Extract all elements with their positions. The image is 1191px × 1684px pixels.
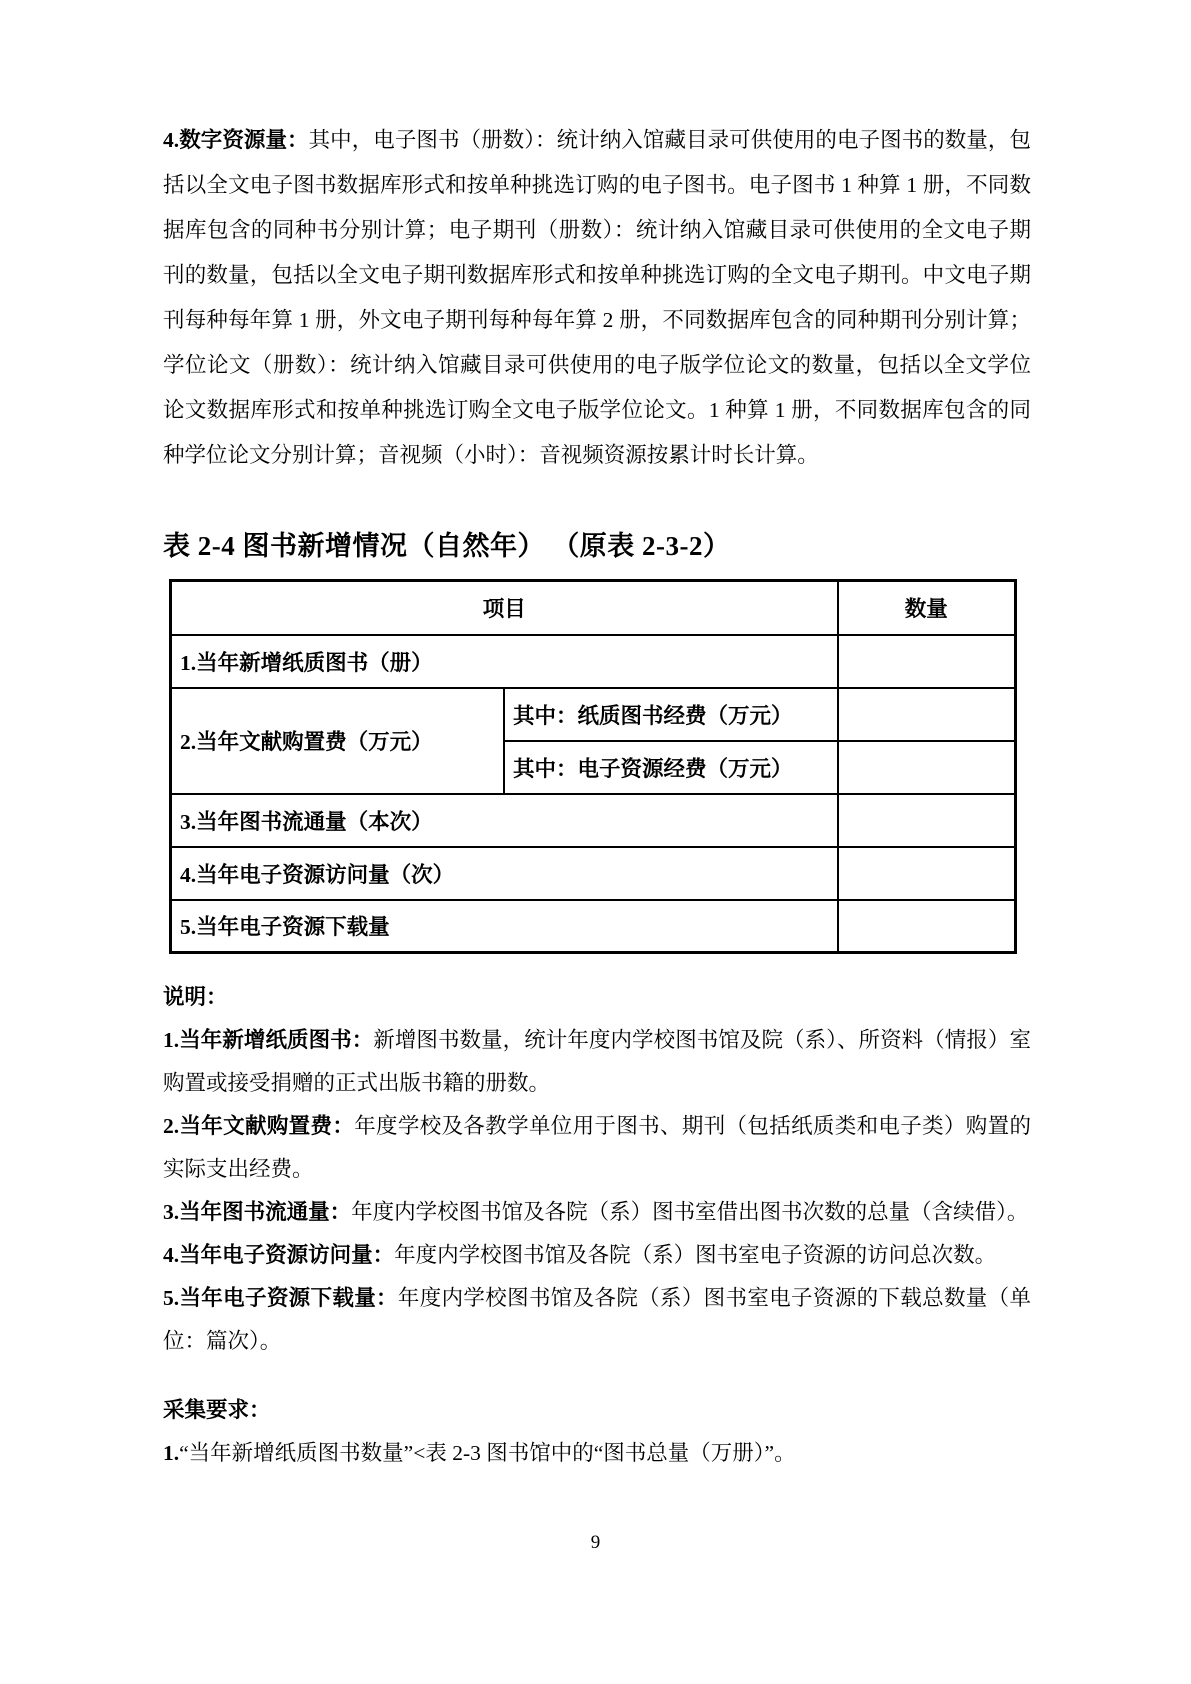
row4-quantity-cell: [838, 847, 1016, 900]
note-3-term: 3.当年图书流通量：: [163, 1200, 351, 1224]
digital-resources-lead: 4.数字资源量：: [163, 128, 309, 152]
digital-resources-paragraph: 4.数字资源量：其中，电子图书（册数）：统计纳入馆藏目录可供使用的电子图书的数量…: [163, 118, 1031, 478]
table-row: 2.当年文献购置费（万元） 其中：纸质图书经费（万元）: [171, 688, 1016, 741]
document-page: 4.数字资源量：其中，电子图书（册数）：统计纳入馆藏目录可供使用的电子图书的数量…: [163, 118, 1031, 1475]
note-item-1: 1.当年新增纸质图书：新增图书数量，统计年度内学校图书馆及院（系）、所资料（情报…: [163, 1019, 1031, 1105]
note-2-term: 2.当年文献购置费：: [163, 1114, 354, 1138]
row1-quantity-cell: [838, 635, 1016, 688]
note-4-term: 4.当年电子资源访问量：: [163, 1243, 394, 1267]
row3-quantity-cell: [838, 794, 1016, 847]
row2-sub2-quantity-cell: [838, 741, 1016, 794]
note-item-4: 4.当年电子资源访问量：年度内学校图书馆及各院（系）图书室电子资源的访问总次数。: [163, 1234, 1031, 1277]
row4-label: 4.当年电子资源访问量（次）: [171, 847, 838, 900]
collection-requirements-heading: 采集要求：: [163, 1389, 1031, 1432]
table-2-4-title: 表 2-4 图书新增情况（自然年） （原表 2-3-2）: [163, 524, 1031, 563]
digital-resources-text: 其中，电子图书（册数）：统计纳入馆藏目录可供使用的电子图书的数量，包括以全文电子…: [163, 128, 1031, 467]
header-cell-quantity: 数量: [838, 581, 1016, 635]
table-row: 5.当年电子资源下载量: [171, 900, 1016, 953]
requirement-1-text: “当年新增纸质图书数量”<表 2-3 图书馆中的“图书总量（万册）”。: [179, 1441, 795, 1465]
row3-label: 3.当年图书流通量（本次）: [171, 794, 838, 847]
row2-sub2-label: 其中：电子资源经费（万元）: [504, 741, 838, 794]
table-row: 4.当年电子资源访问量（次）: [171, 847, 1016, 900]
collection-requirements-section: 采集要求： 1.“当年新增纸质图书数量”<表 2-3 图书馆中的“图书总量（万册…: [163, 1389, 1031, 1475]
row1-label: 1.当年新增纸质图书（册）: [171, 635, 838, 688]
table-header-row: 项目 数量: [171, 581, 1016, 635]
row2-sub1-quantity-cell: [838, 688, 1016, 741]
header-cell-item: 项目: [171, 581, 838, 635]
note-3-text: 年度内学校图书馆及各院（系）图书室借出图书次数的总量（含续借）。: [351, 1200, 1028, 1224]
note-1-term: 1.当年新增纸质图书：: [163, 1028, 373, 1052]
table-row: 1.当年新增纸质图书（册）: [171, 635, 1016, 688]
row2-label: 2.当年文献购置费（万元）: [171, 688, 505, 794]
note-item-2: 2.当年文献购置费：年度学校及各教学单位用于图书、期刊（包括纸质类和电子类）购置…: [163, 1105, 1031, 1191]
note-4-text: 年度内学校图书馆及各院（系）图书室电子资源的访问总次数。: [394, 1243, 996, 1267]
requirement-item-1: 1.“当年新增纸质图书数量”<表 2-3 图书馆中的“图书总量（万册）”。: [163, 1432, 1031, 1475]
row5-label: 5.当年电子资源下载量: [171, 900, 838, 953]
table-2-4: 项目 数量 1.当年新增纸质图书（册） 2.当年文献购置费（万元） 其中：纸质图…: [169, 579, 1017, 954]
notes-heading: 说明：: [163, 976, 1031, 1019]
row5-quantity-cell: [838, 900, 1016, 953]
row2-sub1-label: 其中：纸质图书经费（万元）: [504, 688, 838, 741]
note-5-term: 5.当年电子资源下载量：: [163, 1286, 398, 1310]
notes-section: 说明： 1.当年新增纸质图书：新增图书数量，统计年度内学校图书馆及院（系）、所资…: [163, 976, 1031, 1363]
page-number: 9: [0, 1532, 1191, 1554]
table-row: 3.当年图书流通量（本次）: [171, 794, 1016, 847]
note-item-5: 5.当年电子资源下载量：年度内学校图书馆及各院（系）图书室电子资源的下载总数量（…: [163, 1277, 1031, 1363]
note-item-3: 3.当年图书流通量：年度内学校图书馆及各院（系）图书室借出图书次数的总量（含续借…: [163, 1191, 1031, 1234]
requirement-1-number: 1.: [163, 1441, 179, 1465]
